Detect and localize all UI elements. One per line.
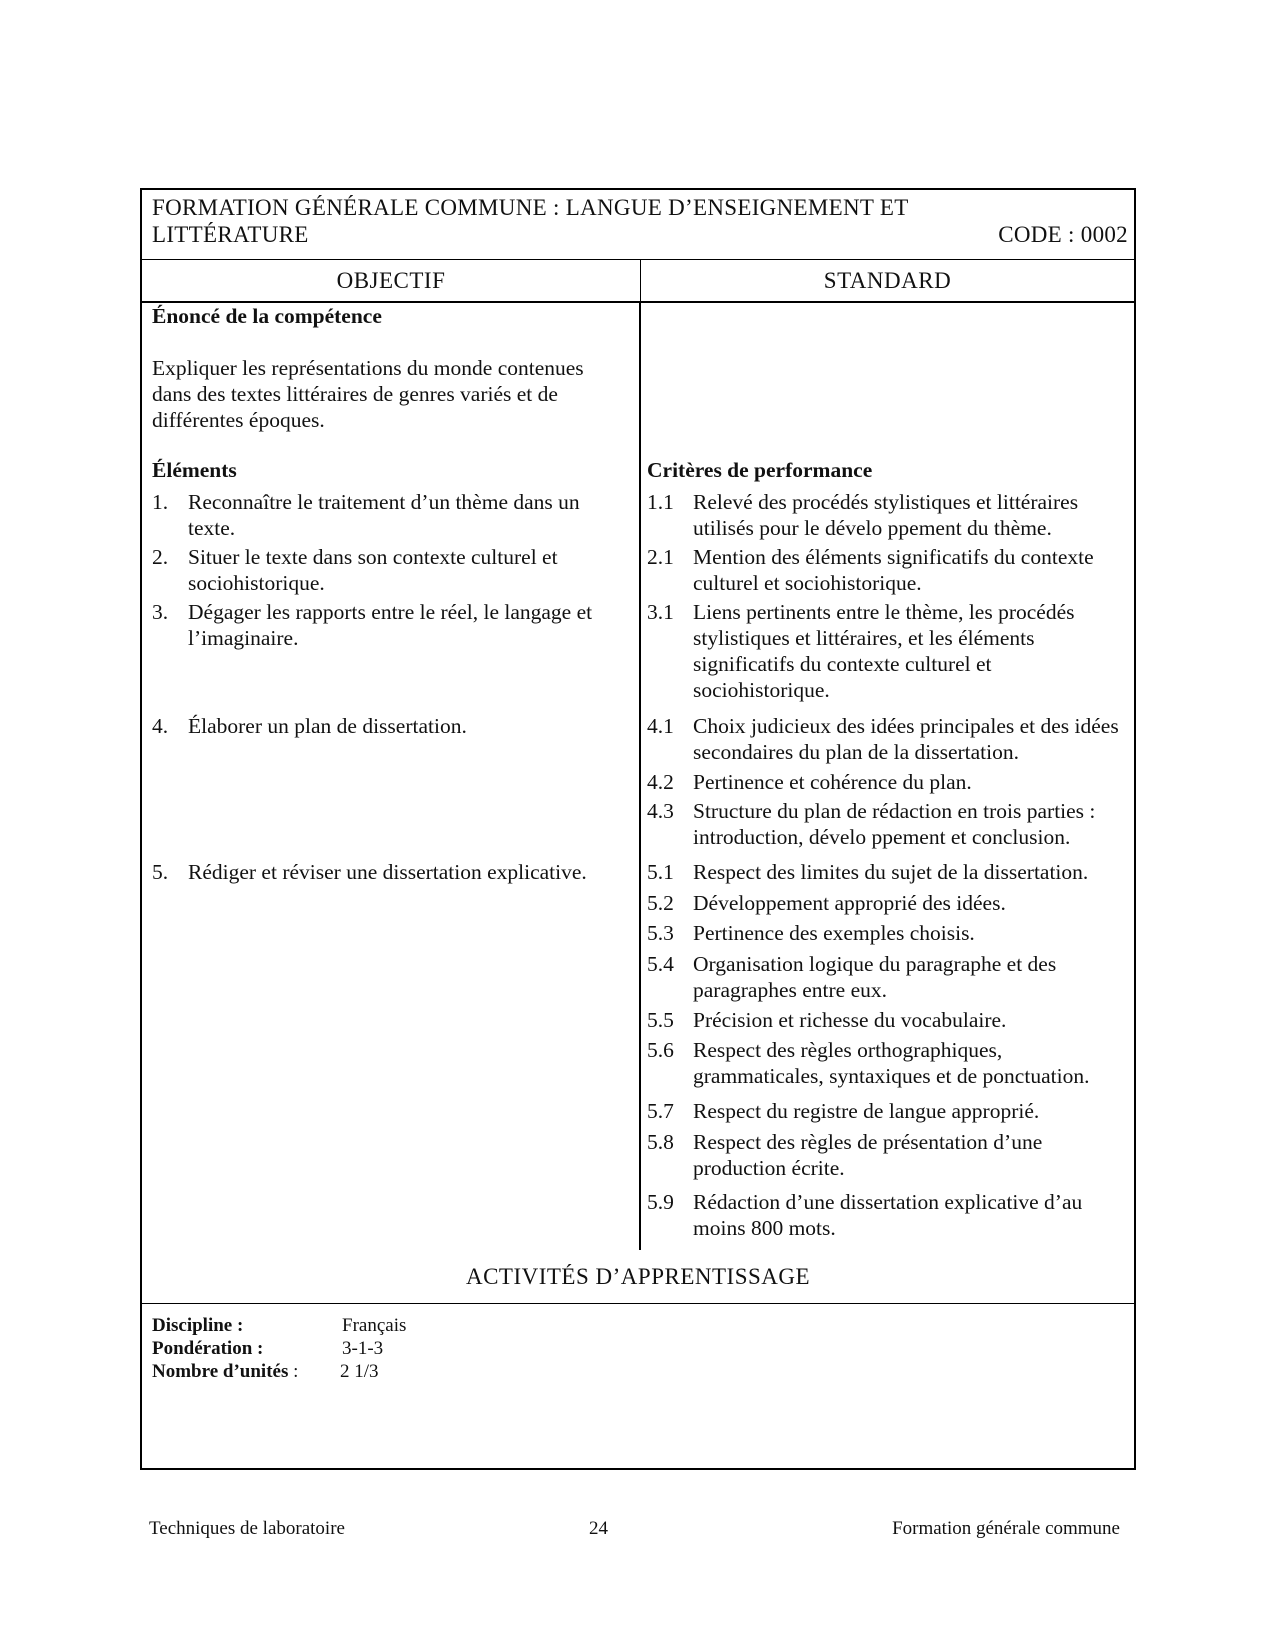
critere-item: 5.5 Précision et richesse du vocabulaire…	[647, 1007, 1123, 1033]
elements-title: Éléments	[152, 457, 237, 483]
ponderation-label: Pondération :	[152, 1337, 342, 1360]
competence-table: FORMATION GÉNÉRALE COMMUNE : LANGUE D’EN…	[140, 188, 1136, 1470]
element-text: Dégager les rapports entre le réel, le l…	[188, 599, 628, 651]
critere-text: Liens pertinents entre le thème, les pro…	[693, 599, 1123, 703]
critere-item: 4.2 Pertinence et cohérence du plan.	[647, 769, 1123, 795]
element-item: 3. Dégager les rapports entre le réel, l…	[152, 599, 628, 651]
critere-item: 5.4 Organisation logique du paragraphe e…	[647, 951, 1123, 1003]
critere-item: 3.1 Liens pertinents entre le thème, les…	[647, 599, 1123, 703]
critere-text: Respect du registre de langue approprié.	[693, 1098, 1123, 1124]
element-item: 1. Reconnaître le traitement d’un thème …	[152, 489, 628, 541]
critere-item: 4.3 Structure du plan de rédaction en tr…	[647, 798, 1123, 850]
critere-item: 2.1 Mention des éléments significatifs d…	[647, 544, 1123, 596]
unites-label-group: Nombre d’unités :	[152, 1360, 340, 1383]
element-text: Rédiger et réviser une dissertation expl…	[188, 859, 628, 885]
critere-text: Choix judicieux des idées principales et…	[693, 713, 1123, 765]
critere-item: 1.1 Relevé des procédés stylistiques et …	[647, 489, 1123, 541]
critere-text: Structure du plan de rédaction en trois …	[693, 798, 1123, 850]
element-item: 2. Situer le texte dans son contexte cul…	[152, 544, 628, 596]
element-text: Reconnaître le traitement d’un thème dan…	[188, 489, 628, 541]
critere-item: 5.2 Développement approprié des idées.	[647, 890, 1123, 916]
critere-text: Rédaction d’une dissertation explicative…	[693, 1189, 1123, 1241]
footer-section: Formation générale commune	[892, 1518, 1120, 1540]
critere-number: 5.6	[647, 1037, 693, 1089]
unites-value: 2 1/3	[340, 1360, 379, 1383]
activites-header: ACTIVITÉS D’APPRENTISSAGE	[142, 1250, 1134, 1304]
enonce-text: Expliquer les représentations du monde c…	[152, 355, 622, 433]
footer-page-number: 24	[589, 1518, 608, 1540]
critere-number: 5.2	[647, 890, 693, 916]
element-number: 1.	[152, 489, 188, 541]
column-header-objectif: OBJECTIF	[142, 260, 641, 303]
unites-colon: :	[288, 1361, 298, 1382]
critere-number: 5.8	[647, 1129, 693, 1181]
critere-text: Respect des règles orthographiques, gram…	[693, 1037, 1123, 1089]
discipline-row: Discipline : Français	[152, 1314, 406, 1337]
critere-text: Pertinence des exemples choisis.	[693, 920, 1123, 946]
unites-label: Nombre d’unités	[152, 1361, 288, 1382]
critere-item: 5.6 Respect des règles orthographiques, …	[647, 1037, 1123, 1089]
footer-program: Techniques de laboratoire	[149, 1518, 345, 1540]
critere-number: 1.1	[647, 489, 693, 541]
critere-text: Relevé des procédés stylistiques et litt…	[693, 489, 1123, 541]
critere-item: 5.8 Respect des règles de présentation d…	[647, 1129, 1123, 1181]
critere-text: Respect des limites du sujet de la disse…	[693, 859, 1123, 885]
element-text: Élaborer un plan de dissertation.	[188, 713, 628, 739]
standard-column: Critères de performance 1.1 Relevé des p…	[641, 303, 1134, 1250]
critere-text: Organisation logique du paragraphe et de…	[693, 951, 1123, 1003]
critere-number: 5.1	[647, 859, 693, 885]
critere-number: 4.1	[647, 713, 693, 765]
critere-text: Mention des éléments significatifs du co…	[693, 544, 1123, 596]
critere-text: Pertinence et cohérence du plan.	[693, 769, 1123, 795]
element-number: 2.	[152, 544, 188, 596]
discipline-label: Discipline :	[152, 1314, 342, 1337]
enonce-title: Énoncé de la compétence	[152, 303, 382, 329]
unites-row: Nombre d’unités : 2 1/3	[152, 1360, 406, 1383]
element-number: 4.	[152, 713, 188, 739]
critere-text: Respect des règles de présentation d’une…	[693, 1129, 1123, 1181]
critere-item: 5.3 Pertinence des exemples choisis.	[647, 920, 1123, 946]
objectif-column: Énoncé de la compétence Expliquer les re…	[142, 303, 641, 1250]
critere-text: Précision et richesse du vocabulaire.	[693, 1007, 1123, 1033]
critere-item: 5.7 Respect du registre de langue approp…	[647, 1098, 1123, 1124]
critere-number: 5.7	[647, 1098, 693, 1124]
critere-number: 2.1	[647, 544, 693, 596]
element-item: 4. Élaborer un plan de dissertation.	[152, 713, 628, 739]
ponderation-value: 3-1-3	[342, 1337, 383, 1360]
element-number: 5.	[152, 859, 188, 885]
course-meta: Discipline : Français Pondération : 3-1-…	[152, 1314, 406, 1383]
discipline-value: Français	[342, 1314, 406, 1337]
element-number: 3.	[152, 599, 188, 651]
table-header: FORMATION GÉNÉRALE COMMUNE : LANGUE D’EN…	[142, 190, 1134, 260]
ponderation-row: Pondération : 3-1-3	[152, 1337, 406, 1360]
column-header-standard: STANDARD	[641, 260, 1134, 303]
critere-item: 5.1 Respect des limites du sujet de la d…	[647, 859, 1123, 885]
element-item: 5. Rédiger et réviser une dissertation e…	[152, 859, 628, 885]
table-title: FORMATION GÉNÉRALE COMMUNE : LANGUE D’EN…	[152, 194, 972, 248]
element-text: Situer le texte dans son contexte cultur…	[188, 544, 628, 596]
critere-text: Développement approprié des idées.	[693, 890, 1123, 916]
critere-item: 5.9 Rédaction d’une dissertation explica…	[647, 1189, 1123, 1241]
critere-item: 4.1 Choix judicieux des idées principale…	[647, 713, 1123, 765]
critere-number: 5.9	[647, 1189, 693, 1241]
competence-code: CODE : 0002	[998, 221, 1128, 248]
document-page: FORMATION GÉNÉRALE COMMUNE : LANGUE D’EN…	[0, 0, 1275, 1650]
criteres-title: Critères de performance	[647, 457, 872, 483]
critere-number: 5.3	[647, 920, 693, 946]
critere-number: 4.3	[647, 798, 693, 850]
critere-number: 5.4	[647, 951, 693, 1003]
critere-number: 3.1	[647, 599, 693, 703]
critere-number: 5.5	[647, 1007, 693, 1033]
critere-number: 4.2	[647, 769, 693, 795]
